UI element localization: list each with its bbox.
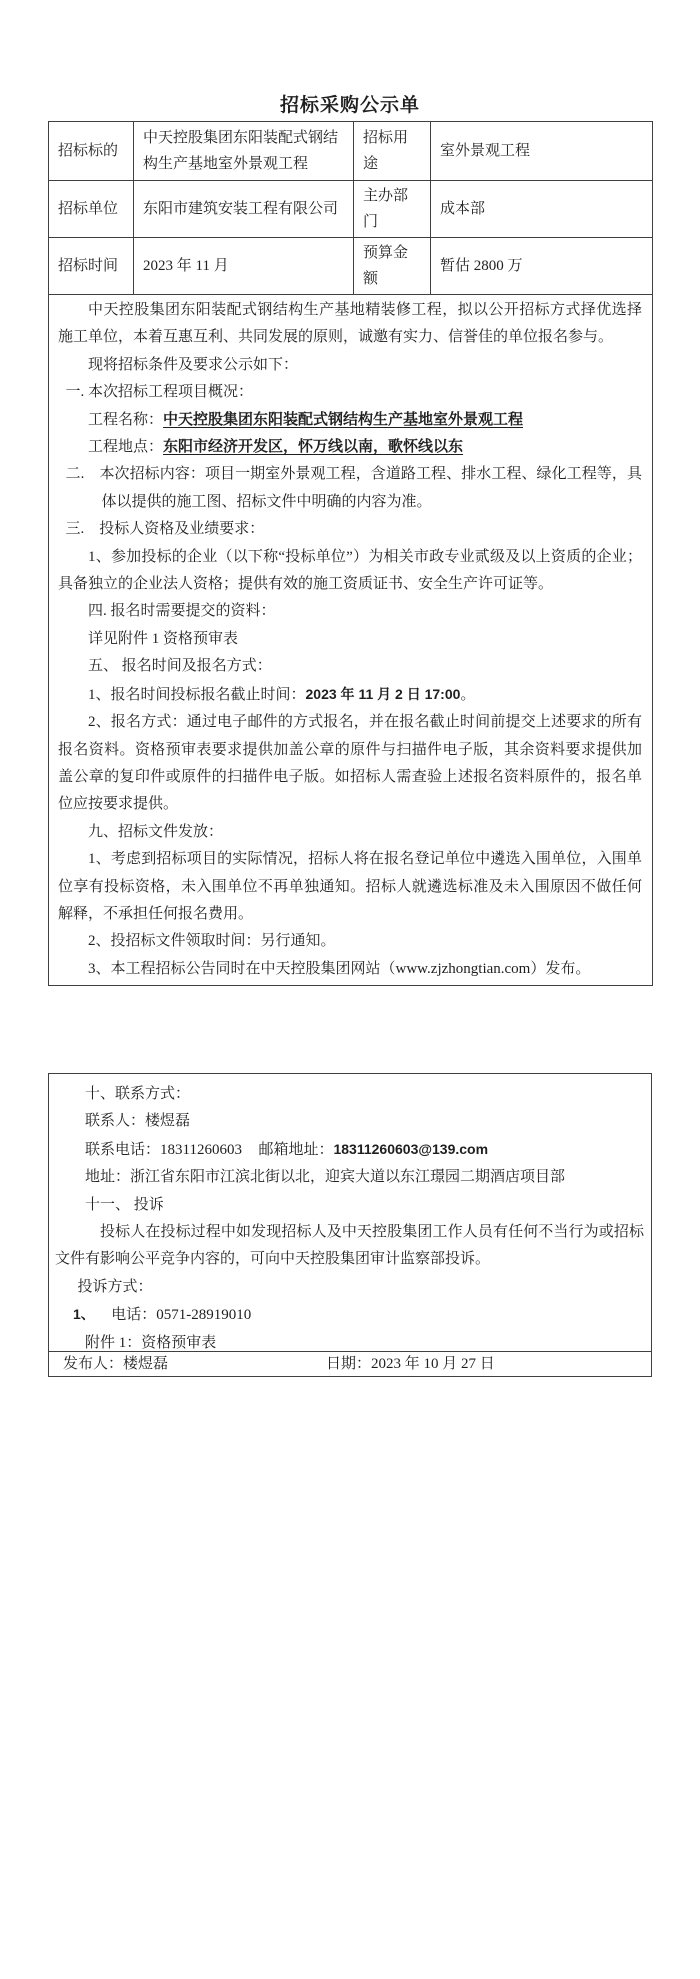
section1-title: 一. 本次招标工程项目概况： bbox=[58, 379, 642, 406]
section5-item2: 2、报名方式：通过电子邮件的方式报名，并在报名截止时间前提交上述要求的所有报名资… bbox=[58, 709, 642, 819]
project-name-value: 中天控股集团东阳装配式钢结构生产基地室外景观工程 bbox=[163, 412, 523, 428]
label-bid-purpose: 招标用途 bbox=[354, 122, 431, 181]
project-location-line: 工程地点：东阳市经济开发区，怀万线以南，歌怀线以东 bbox=[58, 434, 642, 461]
contact-address-line: 地址：浙江省东阳市江滨北街以北，迎宾大道以东江璟园二期酒店项目部 bbox=[55, 1164, 644, 1191]
section9-item1: 1、考虑到招标项目的实际情况，招标人将在报名登记单位中遴选入围单位，入围单位享有… bbox=[58, 846, 642, 928]
contact-table: 十、联系方式： 联系人：楼煜磊 联系电话：18311260603邮箱地址：183… bbox=[48, 1073, 652, 1377]
section9-item3: 3、本工程招标公告同时在中天控股集团网站（www.zjzhongtian.com… bbox=[58, 956, 642, 983]
label-bid-time: 招标时间 bbox=[49, 238, 134, 295]
publish-row: 发布人：楼煜磊 日期：2023 年 10 月 27 日 bbox=[49, 1351, 651, 1376]
value-budget: 暂估 2800 万 bbox=[431, 238, 653, 295]
table-row: 中天控股集团东阳装配式钢结构生产基地精装修工程，拟以公开招标方式择优选择施工单位… bbox=[49, 295, 653, 986]
deadline-datetime: 2023 年 11 月 2 日 17:00 bbox=[306, 686, 461, 702]
project-location-label: 工程地点： bbox=[88, 439, 163, 455]
value-bid-unit: 东阳市建筑安装工程有限公司 bbox=[134, 181, 354, 238]
contact-phone-number: 18311260603 bbox=[160, 1142, 242, 1158]
contact-phone-line: 联系电话：18311260603邮箱地址：18311260603@139.com bbox=[55, 1136, 644, 1164]
contact-email-label: 邮箱地址： bbox=[258, 1142, 333, 1158]
section9-title: 九、招标文件发放： bbox=[58, 819, 642, 846]
value-bid-purpose: 室外景观工程 bbox=[431, 122, 653, 181]
section5-item1: 1、报名时间投标报名截止时间：2023 年 11 月 2 日 17:00。 bbox=[58, 681, 642, 709]
label-host-department: 主办部门 bbox=[354, 181, 431, 238]
contact-email-address: 18311260603@139.com bbox=[333, 1141, 488, 1157]
project-name-label: 工程名称： bbox=[88, 412, 163, 428]
label-bid-unit: 招标单位 bbox=[49, 181, 134, 238]
section10-title: 十、联系方式： bbox=[55, 1081, 644, 1108]
section3-item1: 1、参加投标的企业（以下称“投标单位”）为相关市政专业贰级及以上资质的企业；具备… bbox=[58, 544, 642, 599]
section4-item1: 详见附件 1 资格预审表 bbox=[58, 626, 642, 653]
table-row: 招标标的 中天控股集团东阳装配式钢结构生产基地室外景观工程 招标用途 室外景观工… bbox=[49, 122, 653, 181]
complaint-paragraph: 投标人在投标过程中如发现招标人及中天控股集团工作人员有任何不当行为或招标文件有影… bbox=[55, 1219, 644, 1274]
notice-body-cell: 中天控股集团东阳装配式钢结构生产基地精装修工程，拟以公开招标方式择优选择施工单位… bbox=[49, 295, 653, 986]
table-row: 招标时间 2023 年 11 月 预算金额 暂估 2800 万 bbox=[49, 238, 653, 295]
contact-person-line: 联系人：楼煜磊 bbox=[55, 1108, 644, 1135]
complaint-method-label: 投诉方式： bbox=[55, 1274, 644, 1301]
section11-title: 十一、 投诉 bbox=[55, 1192, 644, 1219]
publish-date: 日期：2023 年 10 月 27 日 bbox=[326, 1352, 495, 1377]
contact-phone-label: 联系电话： bbox=[85, 1142, 160, 1158]
section5-title: 五、 报名时间及报名方式： bbox=[58, 653, 642, 680]
value-bid-time: 2023 年 11 月 bbox=[134, 238, 354, 295]
label-bid-subject: 招标标的 bbox=[49, 122, 134, 181]
section2-paragraph: 二. 本次招标内容：项目一期室外景观工程，含道路工程、排水工程、绿化工程等，具体… bbox=[58, 461, 642, 516]
project-name-line: 工程名称：中天控股集团东阳装配式钢结构生产基地室外景观工程 bbox=[58, 407, 642, 434]
table-row: 招标单位 东阳市建筑安装工程有限公司 主办部门 成本部 bbox=[49, 181, 653, 238]
section9-item2: 2、投招标文件领取时间：另行通知。 bbox=[58, 928, 642, 955]
complaint-item-marker: 1、 bbox=[73, 1306, 95, 1322]
contact-body-cell: 十、联系方式： 联系人：楼煜磊 联系电话：18311260603邮箱地址：183… bbox=[49, 1074, 651, 1351]
label-budget: 预算金额 bbox=[354, 238, 431, 295]
document-page: 招标采购公示单 招标标的 中天控股集团东阳装配式钢结构生产基地室外景观工程 招标… bbox=[0, 0, 700, 1979]
complaint-phone-number: 电话：0571-28919010 bbox=[111, 1307, 251, 1323]
section3-title: 三. 投标人资格及业绩要求： bbox=[58, 516, 642, 543]
value-host-department: 成本部 bbox=[431, 181, 653, 238]
publisher: 发布人：楼煜磊 bbox=[63, 1356, 168, 1372]
info-table: 招标标的 中天控股集团东阳装配式钢结构生产基地室外景观工程 招标用途 室外景观工… bbox=[48, 121, 653, 986]
lead-paragraph: 现将招标条件及要求公示如下： bbox=[58, 352, 642, 379]
website-url: www.zjzhongtian.com bbox=[396, 961, 531, 977]
intro-paragraph: 中天控股集团东阳装配式钢结构生产基地精装修工程，拟以公开招标方式择优选择施工单位… bbox=[58, 297, 642, 352]
project-location-value: 东阳市经济开发区，怀万线以南，歌怀线以东 bbox=[163, 439, 463, 455]
page-title: 招标采购公示单 bbox=[48, 90, 652, 117]
deadline-label: 1、报名时间投标报名截止时间： bbox=[88, 687, 306, 703]
section4-title: 四. 报名时需要提交的资料： bbox=[58, 598, 642, 625]
complaint-phone-line: 1、电话：0571-28919010 bbox=[55, 1301, 644, 1329]
value-bid-subject: 中天控股集团东阳装配式钢结构生产基地室外景观工程 bbox=[134, 122, 354, 181]
